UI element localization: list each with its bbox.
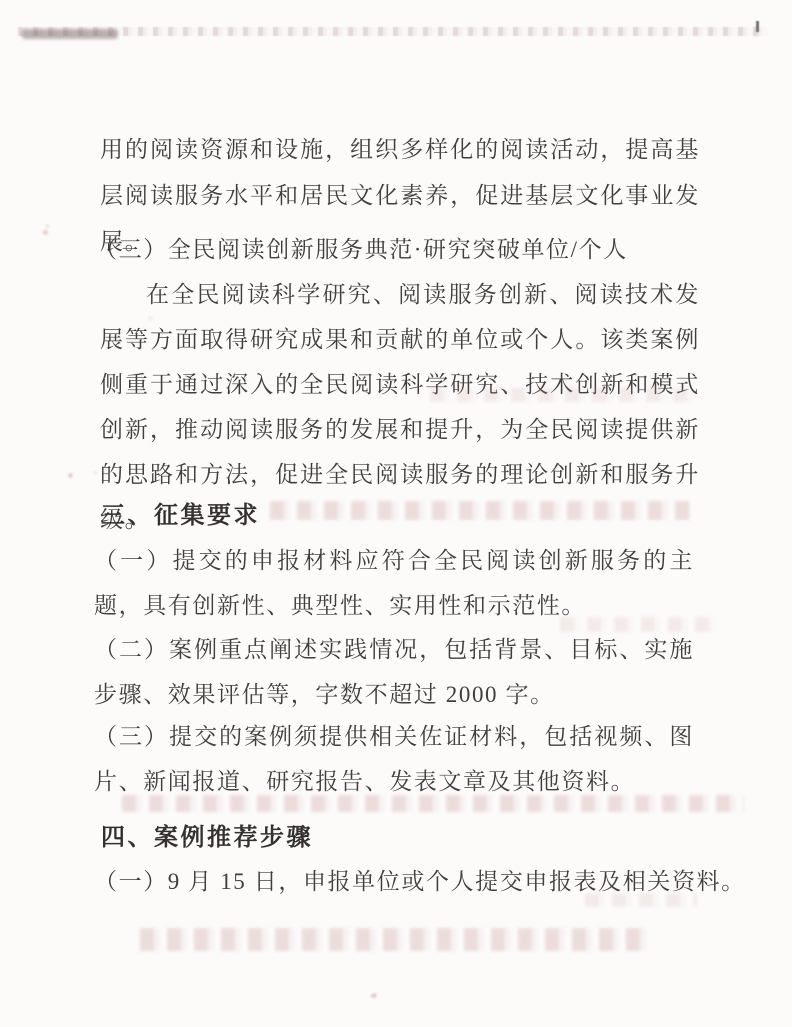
bleedthrough-ghost-text [585, 893, 697, 907]
bleedthrough-ghost-text [430, 388, 700, 402]
bleedthrough-ghost-text [560, 617, 720, 632]
section-heading-requirements: 三、征集要求 [101, 495, 260, 530]
scan-noise-band [18, 27, 768, 36]
scan-speck [372, 993, 377, 998]
requirement-item-3: （三）提交的案例须提供相关佐证材料，包括视频、图片、新闻报道、研究报告、发表文章… [94, 714, 694, 804]
bleedthrough-ghost-text [122, 795, 744, 812]
bleedthrough-ghost-text [140, 928, 650, 951]
scanned-document-page: 用的阅读资源和设施，组织多样化的阅读活动，提高基层阅读服务水平和居民文化素养，促… [0, 0, 792, 1027]
scan-noise-smudge [22, 29, 118, 39]
scan-edge-tick [756, 21, 759, 32]
scan-speck [43, 230, 48, 235]
bleedthrough-ghost-text [270, 501, 690, 520]
requirement-item-2: （二）案例重点阐述实践情况，包括背景、目标、实施步骤、效果评估等，字数不超过 2… [94, 627, 694, 717]
section-heading-recommend-steps: 四、案例推荐步骤 [101, 817, 313, 852]
requirement-item-1: （一）提交的申报材料应符合全民阅读创新服务的主题，具有创新性、典型性、实用性和示… [94, 538, 694, 628]
scan-speck [68, 473, 73, 478]
item-title-category-three: （三）全民阅读创新服务典范·研究突破单位/个人 [94, 227, 628, 272]
